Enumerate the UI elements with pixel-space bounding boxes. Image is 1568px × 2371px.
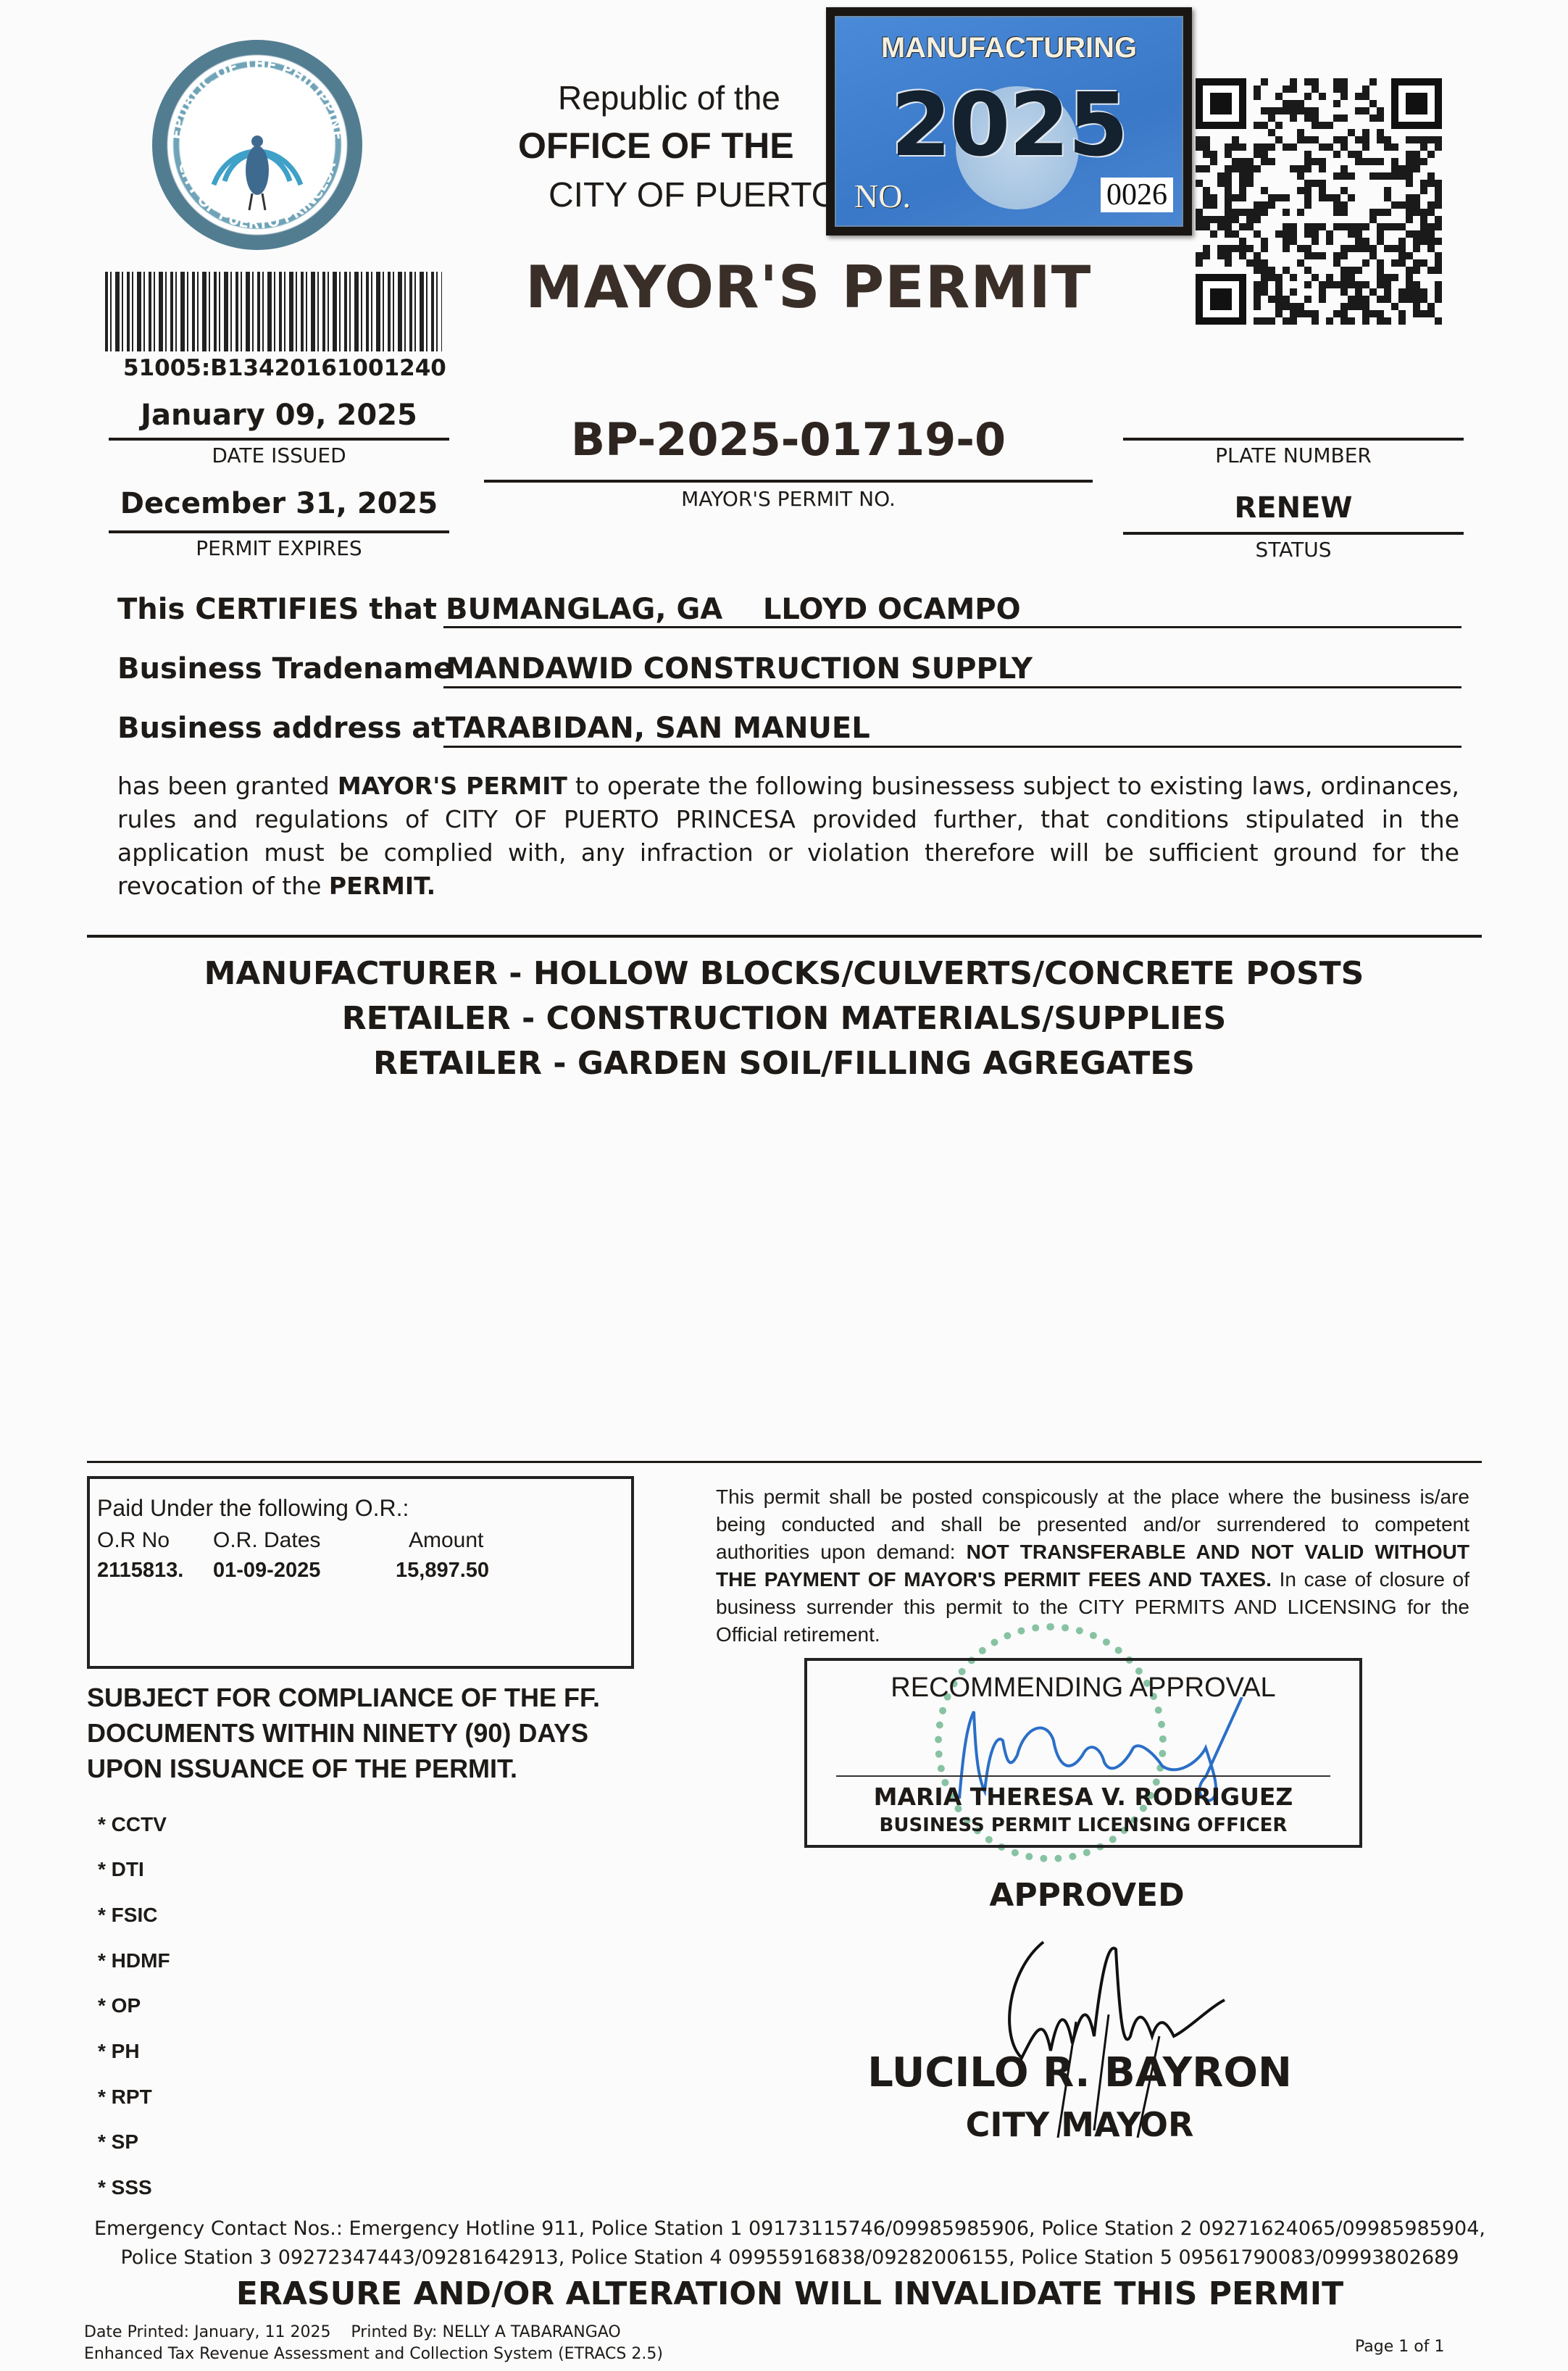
printed-info: Date Printed: January, 11 2025 Printed B… [84,2323,621,2341]
business-line: MANUFACTURER - HOLLOW BLOCKS/CULVERTS/CO… [116,955,1452,992]
payment-title: Paid Under the following O.R.: [97,1495,409,1522]
compliance-item: * DTI [98,1858,144,1881]
amount-header: Amount [409,1528,483,1553]
plate-no-label: NO. [854,177,911,215]
recommending-position: BUSINESS PERMIT LICENSING OFFICER [807,1814,1359,1836]
document-title: MAYOR'S PERMIT [525,254,1091,321]
compliance-item: * CCTV [98,1813,167,1836]
business-line: RETAILER - CONSTRUCTION MATERIALS/SUPPLI… [116,1000,1452,1037]
grant-bold: MAYOR'S PERMIT [338,772,567,800]
compliance-item: * SSS [98,2176,152,2199]
permit-number-label: MAYOR'S PERMIT NO. [484,487,1093,511]
amount-value: 15,897.50 [396,1559,489,1583]
permit-number-value: BP-2025-01719-0 [484,413,1093,466]
compliance-item: * OP [98,1994,141,2017]
owner-rule [443,626,1461,628]
or-no-header: O.R No [97,1528,170,1553]
date-issued-rule [109,438,449,441]
grant-text: has been granted [117,772,338,800]
permit-expires-rule [109,530,449,533]
qr-code-icon [1196,78,1442,325]
mayor-position: CITY MAYOR [855,2105,1304,2144]
business-line: RETAILER - GARDEN SOIL/FILLING AGREGATES [116,1045,1452,1082]
compliance-item: * FSIC [98,1904,157,1927]
or-date-value: 01-09-2025 [213,1559,320,1583]
status-label: STATUS [1123,538,1464,562]
compliance-heading-line: UPON ISSUANCE OF THE PERMIT. [87,1751,600,1786]
posting-notice: This permit shall be posted conspicously… [716,1483,1469,1649]
plate-number: 0026 [1101,178,1173,212]
status-rule [1123,532,1464,535]
header-city: CITY OF PUERTO [549,175,838,215]
permit-number-rule [484,480,1093,483]
mayor-name: LUCILO R. BAYRON [855,2049,1304,2096]
compliance-heading-line: SUBJECT FOR COMPLIANCE OF THE FF. [87,1680,600,1715]
approved-label: APPROVED [927,1877,1246,1914]
manufacturing-plate-sticker: MANUFACTURING 2025 NO. 0026 [826,7,1192,236]
compliance-item: * PH [98,2040,140,2063]
svg-text:REPUBLIC OF THE PHILIPPINES: REPUBLIC OF THE PHILIPPINES [152,40,347,141]
erasure-warning: ERASURE AND/OR ALTERATION WILL INVALIDAT… [80,2275,1500,2312]
owner-name: BUMANGLAG, GA LLOYD OCAMPO [446,593,1021,626]
date-issued-label: DATE ISSUED [109,443,449,467]
header-republic: Republic of the [558,78,780,117]
barcode-number: 51005:B13420161001240 [123,355,428,381]
permit-expires-label: PERMIT EXPIRES [109,536,449,560]
permit-expires-value: December 31, 2025 [109,487,449,520]
page-indicator: Page 1 of 1 [1355,2338,1444,2356]
address-label: Business address at [117,712,445,745]
address-rule [443,746,1461,748]
date-issued-value: January 09, 2025 [109,399,449,432]
payment-box: Paid Under the following O.R.: O.R No O.… [87,1476,634,1669]
lower-divider [87,1461,1482,1463]
or-date-header: O.R. Dates [213,1528,320,1553]
plate-number-rule [1123,438,1464,441]
recommending-name: MARIA THERESA V. RODRIGUEZ [807,1783,1359,1811]
permit-barcode [105,272,442,351]
plate-year: 2025 [836,75,1182,176]
compliance-item: * SP [98,2130,138,2154]
emergency-contacts: Emergency Contact Nos.: Emergency Hotlin… [80,2214,1500,2272]
seal-emblem-icon: REPUBLIC OF THE PHILIPPINES CITY OF PUER… [152,40,362,250]
tradename-rule [443,686,1461,688]
tradename-label: Business Tradename [117,652,453,686]
signature-line [836,1775,1330,1777]
compliance-item: * HDMF [98,1949,170,1972]
compliance-item: * RPT [98,2085,152,2109]
grant-paragraph: has been granted MAYOR'S PERMIT to opera… [117,770,1459,903]
compliance-heading-line: DOCUMENTS WITHIN NINETY (90) DAYS [87,1715,600,1751]
section-divider [87,935,1482,938]
tradename-value: MANDAWID CONSTRUCTION SUPPLY [446,652,1033,686]
city-seal: REPUBLIC OF THE PHILIPPINES CITY OF PUER… [152,40,362,250]
grant-bold: PERMIT. [329,872,435,900]
certifies-label: This CERTIFIES that [117,593,437,626]
address-value: TARABIDAN, SAN MANUEL [446,712,870,745]
plate-category: MANUFACTURING [836,32,1182,64]
header-office: OFFICE OF THE [518,125,794,167]
status-value: RENEW [1123,491,1464,525]
plate-number-label: PLATE NUMBER [1123,443,1464,467]
compliance-heading: SUBJECT FOR COMPLIANCE OF THE FF. DOCUME… [87,1680,600,1786]
or-no-value: 2115813. [97,1559,183,1583]
system-info: Enhanced Tax Revenue Assessment and Coll… [84,2345,663,2363]
recommending-approval-box: RECOMMENDING APPROVAL MARIA THERESA V. R… [804,1658,1362,1848]
